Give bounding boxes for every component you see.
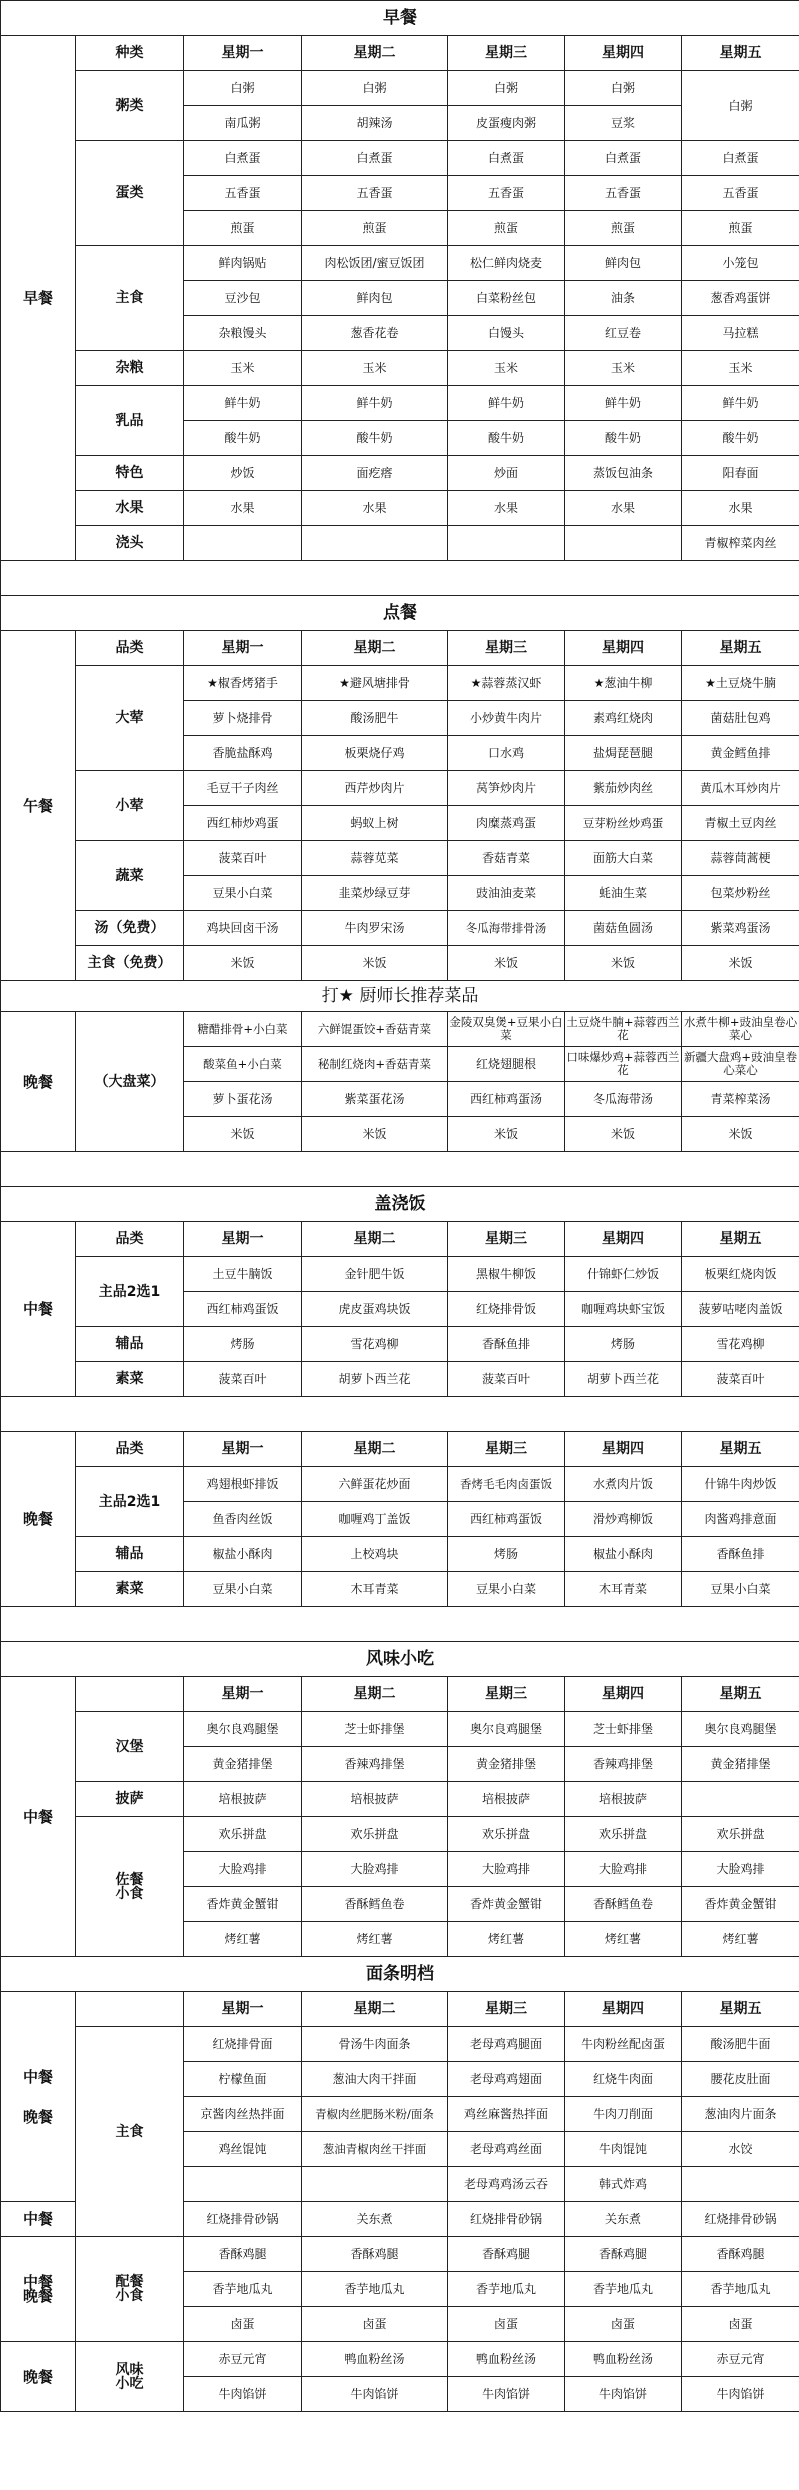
dish-cell: 烤红薯 [565,1922,682,1957]
dish-cell: 西芹炒肉片 [302,771,448,806]
dish-cell: ★椒香烤猪手 [184,666,302,701]
dish-cell: 椒盐小酥肉 [184,1537,302,1572]
day-header: 星期四 [565,1222,682,1257]
dish-cell: 土豆烧牛腩+蒜蓉西兰花 [565,1012,682,1047]
dish-cell: 青椒土豆肉丝 [682,806,799,841]
dish-cell: 烤肠 [448,1537,565,1572]
dish-cell: 滑炒鸡柳饭 [565,1502,682,1537]
dish-cell: 五香蛋 [184,176,302,211]
dish-cell: 香酥鸡腿 [448,2237,565,2272]
dish-cell: 培根披萨 [302,1782,448,1817]
dish-cell: 卤蛋 [184,2307,302,2342]
day-header: 星期三 [448,1432,565,1467]
table-row: 中餐星期一星期二星期三星期四星期五 [1,1677,799,1712]
day-header: 星期二 [302,1432,448,1467]
dish-cell: 鸡丝馄饨 [184,2132,302,2167]
dish-cell: 葱香鸡蛋饼 [682,281,799,316]
dish-cell: 玉米 [565,351,682,386]
table-row: 素菜豆果小白菜木耳青菜豆果小白菜木耳青菜豆果小白菜 [1,1572,799,1607]
table-row: 乳品鲜牛奶鲜牛奶鲜牛奶鲜牛奶鲜牛奶 [1,386,799,421]
day-header: 星期五 [682,1222,799,1257]
dish-cell: 米饭 [448,946,565,981]
dish-cell: 水果 [184,491,302,526]
dish-cell: 香芋地瓜丸 [682,2272,799,2307]
dish-cell: 鲜牛奶 [682,386,799,421]
dish-cell: 口水鸡 [448,736,565,771]
dish-cell: 木耳青菜 [302,1572,448,1607]
dish-cell: 酸牛奶 [302,421,448,456]
dish-cell: 胡辣汤 [302,106,448,141]
dish-cell: 炒面 [448,456,565,491]
spacer [1,1152,799,1187]
category-label: 乳品 [76,386,184,456]
dish-cell: 雪花鸡柳 [302,1327,448,1362]
table-row: 中餐晚餐星期一星期二星期三星期四星期五 [1,1992,799,2027]
dish-cell: 赤豆元宵 [184,2342,302,2377]
dish-cell: 香烤毛毛肉卤蛋饭 [448,1467,565,1502]
dish-cell: 牛肉馅饼 [302,2377,448,2412]
dish-cell: 鸭血粉丝汤 [302,2342,448,2377]
dish-cell: 牛肉馅饼 [682,2377,799,2412]
dish-cell: 五香蛋 [448,176,565,211]
dish-cell: 卤蛋 [565,2307,682,2342]
spacer [1,1607,799,1642]
dish-cell: 素鸡红烧肉 [565,701,682,736]
dish-cell: 菠菜百叶 [682,1362,799,1397]
dish-cell: 鸭血粉丝汤 [448,2342,565,2377]
dish-cell: 牛肉馅饼 [184,2377,302,2412]
dish-cell: 大脸鸡排 [184,1852,302,1887]
category-label: 主品2选1 [76,1257,184,1327]
dish-cell: 青椒榨菜肉丝 [682,526,799,561]
dish-cell: 肉酱鸡排意面 [682,1502,799,1537]
dish-cell: 大脸鸡排 [565,1852,682,1887]
dish-cell: 香炸黄金蟹钳 [448,1887,565,1922]
dish-cell: 黄金猪排堡 [184,1747,302,1782]
category-label: 佐餐小食 [76,1817,184,1957]
dish-cell: 京酱肉丝热拌面 [184,2097,302,2132]
dish-cell: 红烧排骨砂锅 [682,2202,799,2237]
dish-cell: 欢乐拼盘 [565,1817,682,1852]
dish-cell: 豆芽粉丝炒鸡蛋 [565,806,682,841]
dish-cell: 黄瓜木耳炒肉片 [682,771,799,806]
table-row: 粥类白粥白粥白粥白粥白粥 [1,71,799,106]
table-row: 辅品椒盐小酥肉上校鸡块烤肠椒盐小酥肉香酥鱼排 [1,1537,799,1572]
category-label: 主食 [76,2027,184,2237]
dish-cell: 鲜肉包 [565,246,682,281]
dish-cell: 什锦牛肉炒饭 [682,1467,799,1502]
dish-cell: 紫菜蛋花汤 [302,1082,448,1117]
table-row: 点餐 [1,596,799,631]
dish-cell: 五香蛋 [682,176,799,211]
dish-cell: 韭菜炒绿豆芽 [302,876,448,911]
day-header: 星期四 [565,36,682,71]
dish-cell: 米饭 [302,1117,448,1152]
table-row: 汉堡奥尔良鸡腿堡芝士虾排堡奥尔良鸡腿堡芝士虾排堡奥尔良鸡腿堡 [1,1712,799,1747]
category-label: （大盘菜） [76,1012,184,1152]
dish-cell: 葱油青椒肉丝干拌面 [302,2132,448,2167]
dish-cell: 秘制红烧肉+香菇青菜 [302,1047,448,1082]
dish-cell: 酸汤肥牛 [302,701,448,736]
dish-cell: 豆沙包 [184,281,302,316]
dish-cell: 欢乐拼盘 [184,1817,302,1852]
dish-cell: 烤红薯 [448,1922,565,1957]
dish-cell: 烤红薯 [302,1922,448,1957]
day-header: 星期五 [682,36,799,71]
dish-cell: 香芋地瓜丸 [565,2272,682,2307]
dish-cell: 杂粮馒头 [184,316,302,351]
table-row: 浇头青椒榨菜肉丝 [1,526,799,561]
dish-cell: 紫菜鸡蛋汤 [682,911,799,946]
dish-cell: 香辣鸡排堡 [565,1747,682,1782]
dish-cell: 豉油油麦菜 [448,876,565,911]
category-label: 披萨 [76,1782,184,1817]
dish-cell: 香酥鱼排 [682,1537,799,1572]
dish-cell: 酸牛奶 [682,421,799,456]
meal-label: 晚餐 [1,1012,76,1152]
dish-cell: 白粥 [184,71,302,106]
table-row: 主食（免费）米饭米饭米饭米饭米饭 [1,946,799,981]
dish-cell: 煎蛋 [184,211,302,246]
category-label: 小荤 [76,771,184,841]
section-title: 点餐 [1,596,799,631]
category-label: 辅品 [76,1537,184,1572]
meal-label: 午餐 [1,631,76,981]
dish-cell: 鸡翅根虾排饭 [184,1467,302,1502]
dish-cell: 牛肉刀削面 [565,2097,682,2132]
table-row [1,1607,799,1642]
dish-cell: 大脸鸡排 [448,1852,565,1887]
dish-cell: 水饺 [682,2132,799,2167]
dish-cell [448,526,565,561]
dish-cell: 什锦虾仁炒饭 [565,1257,682,1292]
section-title: 早餐 [1,1,799,36]
dish-cell: 鸡块回卤干汤 [184,911,302,946]
dish-cell: 卤蛋 [682,2307,799,2342]
dish-cell [302,526,448,561]
dish-cell: ★避风塘排骨 [302,666,448,701]
category-label: 浇头 [76,526,184,561]
dish-cell: ★葱油牛柳 [565,666,682,701]
dish-cell: 紫茄炒肉丝 [565,771,682,806]
dish-cell: ★蒜蓉蒸汉虾 [448,666,565,701]
dish-cell: 蒸饭包油条 [565,456,682,491]
dish-cell: 白馒头 [448,316,565,351]
dish-cell: 黄金猪排堡 [448,1747,565,1782]
dish-cell [302,2167,448,2202]
meal-label: 晚餐 [1,2342,76,2412]
day-header: 星期二 [302,1677,448,1712]
day-header: 星期二 [302,1222,448,1257]
day-header: 星期一 [184,1432,302,1467]
day-header: 星期五 [682,631,799,666]
table-row: 晚餐品类星期一星期二星期三星期四星期五 [1,1432,799,1467]
day-header: 星期五 [682,1432,799,1467]
dish-cell: 虎皮蛋鸡块饭 [302,1292,448,1327]
dish-cell: 米饭 [682,1117,799,1152]
dish-cell: 鲜牛奶 [184,386,302,421]
dish-cell [682,1782,799,1817]
dish-cell: 西红柿鸡蛋汤 [448,1082,565,1117]
table-row: 晚餐风味小吃赤豆元宵鸭血粉丝汤鸭血粉丝汤鸭血粉丝汤赤豆元宵 [1,2342,799,2377]
table-row: 主食鲜肉锅贴肉松饭团/蜜豆饭团松仁鲜肉烧麦鲜肉包小笼包 [1,246,799,281]
dish-cell: 小笼包 [682,246,799,281]
dish-cell: 香酥鸡腿 [565,2237,682,2272]
category-label: 蔬菜 [76,841,184,911]
dish-cell: 蒜蓉茼蒿梗 [682,841,799,876]
dish-cell: 葱油肉片面条 [682,2097,799,2132]
day-header: 星期三 [448,36,565,71]
menu-table: 早餐早餐种类星期一星期二星期三星期四星期五粥类白粥白粥白粥白粥白粥南瓜粥胡辣汤皮… [0,0,799,2412]
dish-cell: 六鲜蛋花炒面 [302,1467,448,1502]
table-row: 披萨培根披萨培根披萨培根披萨培根披萨 [1,1782,799,1817]
dish-cell: 冬瓜海带汤 [565,1082,682,1117]
dish-cell: 香酥鸡腿 [184,2237,302,2272]
day-header: 星期一 [184,631,302,666]
category-label: 汤（免费） [76,911,184,946]
dish-cell: 白煮蛋 [565,141,682,176]
dish-cell: 米饭 [184,946,302,981]
category-label: 辅品 [76,1327,184,1362]
dish-cell: 赤豆元宵 [682,2342,799,2377]
day-header: 星期一 [184,1222,302,1257]
dish-cell: 香菇青菜 [448,841,565,876]
dish-cell: 香脆盐酥鸡 [184,736,302,771]
dish-cell: 米饭 [184,1117,302,1152]
dish-cell: 奥尔良鸡腿堡 [184,1712,302,1747]
dish-cell: 萝卜蛋花汤 [184,1082,302,1117]
dish-cell: 水煮牛柳+豉油皇卷心菜心 [682,1012,799,1047]
dish-cell: 芝士虾排堡 [302,1712,448,1747]
meal-label: 早餐 [1,36,76,561]
dish-cell: 红烧翅腿根 [448,1047,565,1082]
dish-cell: 五香蛋 [565,176,682,211]
dish-cell: 牛肉粉丝配卤蛋 [565,2027,682,2062]
day-header: 星期五 [682,1677,799,1712]
dish-cell: 五香蛋 [302,176,448,211]
dish-cell: 新疆大盘鸡+豉油皇卷心菜心 [682,1047,799,1082]
dish-cell: 煎蛋 [565,211,682,246]
dish-cell: 马拉糕 [682,316,799,351]
dish-cell: 煎蛋 [448,211,565,246]
dish-cell: 米饭 [565,1117,682,1152]
dish-cell: 关东煮 [302,2202,448,2237]
dish-cell: 黑椒牛柳饭 [448,1257,565,1292]
day-header: 星期四 [565,631,682,666]
dish-cell: 金针肥牛饭 [302,1257,448,1292]
dish-cell: 葱香花卷 [302,316,448,351]
table-row: 素菜菠菜百叶胡萝卜西兰花菠菜百叶胡萝卜西兰花菠菜百叶 [1,1362,799,1397]
dish-cell: ★土豆烧牛腩 [682,666,799,701]
dish-cell: 酸菜鱼+小白菜 [184,1047,302,1082]
dish-cell: 奥尔良鸡腿堡 [448,1712,565,1747]
dish-cell: 西红柿鸡蛋饭 [448,1502,565,1537]
dish-cell: 红烧排骨面 [184,2027,302,2062]
dish-cell: 培根披萨 [565,1782,682,1817]
dish-cell: 水果 [448,491,565,526]
dish-cell: 椒盐小酥肉 [565,1537,682,1572]
dish-cell: 欢乐拼盘 [448,1817,565,1852]
dish-cell: 卤蛋 [302,2307,448,2342]
dish-cell: 欢乐拼盘 [682,1817,799,1852]
dish-cell: 香炸黄金蟹钳 [184,1887,302,1922]
dish-cell: 培根披萨 [184,1782,302,1817]
dish-cell: 白粥 [448,71,565,106]
day-header: 星期二 [302,631,448,666]
dish-cell: 老母鸡鸡汤云吞 [448,2167,565,2202]
dish-cell: 白煮蛋 [184,141,302,176]
table-row: 主食红烧排骨面骨汤牛肉面条老母鸡鸡腿面牛肉粉丝配卤蛋酸汤肥牛面 [1,2027,799,2062]
category-header: 品类 [76,631,184,666]
dish-cell: 鲜牛奶 [448,386,565,421]
dish-cell [184,526,302,561]
dish-cell: 水果 [565,491,682,526]
table-row: 中餐晚餐配餐小食香酥鸡腿香酥鸡腿香酥鸡腿香酥鸡腿香酥鸡腿 [1,2237,799,2272]
section-title: 盖浇饭 [1,1187,799,1222]
table-row: 辅品烤肠雪花鸡柳香酥鱼排烤肠雪花鸡柳 [1,1327,799,1362]
dish-cell: 奥尔良鸡腿堡 [682,1712,799,1747]
dish-cell: 红烧排骨砂锅 [184,2202,302,2237]
category-label: 大荤 [76,666,184,771]
dish-cell: 玉米 [184,351,302,386]
table-row: 面条明档 [1,1957,799,1992]
dish-cell: 板栗红烧肉饭 [682,1257,799,1292]
dish-cell: 黄金鳕鱼排 [682,736,799,771]
meal-label: 中餐 [1,1222,76,1397]
dish-cell: 肉松饭团/蜜豆饭团 [302,246,448,281]
category-label: 蛋类 [76,141,184,246]
meal-label: 晚餐 [1,1432,76,1607]
day-header: 星期四 [565,1677,682,1712]
table-row: 主品2选1土豆牛腩饭金针肥牛饭黑椒牛柳饭什锦虾仁炒饭板栗红烧肉饭 [1,1257,799,1292]
table-row: 盖浇饭 [1,1187,799,1222]
category-label: 主食（免费） [76,946,184,981]
dish-cell: 老母鸡鸡翅面 [448,2062,565,2097]
table-row: 水果水果水果水果水果水果 [1,491,799,526]
category-header [76,1677,184,1712]
dish-cell: 口味爆炒鸡+蒜蓉西兰花 [565,1047,682,1082]
dish-cell: 骨汤牛肉面条 [302,2027,448,2062]
dish-cell: 烤肠 [565,1327,682,1362]
dish-cell: 鲜肉锅贴 [184,246,302,281]
category-label: 汉堡 [76,1712,184,1782]
dish-cell: 香辣鸡排堡 [302,1747,448,1782]
dish-cell: 盐焗琵琶腿 [565,736,682,771]
table-row [1,1397,799,1432]
dish-cell: 大脸鸡排 [302,1852,448,1887]
dish-cell: 白煮蛋 [302,141,448,176]
dish-cell: 白粥 [302,71,448,106]
dish-cell: 关东煮 [565,2202,682,2237]
day-header: 星期三 [448,631,565,666]
table-row: 打★ 厨师长推荐菜品 [1,981,799,1012]
dish-cell: 柠檬鱼面 [184,2062,302,2097]
table-row: 佐餐小食欢乐拼盘欢乐拼盘欢乐拼盘欢乐拼盘欢乐拼盘 [1,1817,799,1852]
dish-cell: 松仁鲜肉烧麦 [448,246,565,281]
dish-cell: 培根披萨 [448,1782,565,1817]
dish-cell: 毛豆干子肉丝 [184,771,302,806]
dish-cell: 莴笋炒肉片 [448,771,565,806]
dish-cell: 鲜肉包 [302,281,448,316]
day-header: 星期一 [184,1992,302,2027]
table-row: 中餐品类星期一星期二星期三星期四星期五 [1,1222,799,1257]
dish-cell: 阳春面 [682,456,799,491]
dish-cell: 牛肉馅饼 [565,2377,682,2412]
table-row [1,561,799,596]
dish-cell [682,2167,799,2202]
dish-cell: 糖醋排骨+小白菜 [184,1012,302,1047]
dish-cell: 豆果小白菜 [682,1572,799,1607]
section-title: 风味小吃 [1,1642,799,1677]
dish-cell: 烤肠 [184,1327,302,1362]
category-header: 种类 [76,36,184,71]
dish-cell: 胡萝卜西兰花 [565,1362,682,1397]
dish-cell: 鲜牛奶 [565,386,682,421]
dish-cell [184,2167,302,2202]
day-header: 星期三 [448,1222,565,1257]
dish-cell: 木耳青菜 [565,1572,682,1607]
day-header: 星期三 [448,1992,565,2027]
table-row: 早餐种类星期一星期二星期三星期四星期五 [1,36,799,71]
dish-cell: 油条 [565,281,682,316]
dish-cell: 米饭 [448,1117,565,1152]
table-row: 小荤毛豆干子肉丝西芹炒肉片莴笋炒肉片紫茄炒肉丝黄瓜木耳炒肉片 [1,771,799,806]
dish-cell: 玉米 [682,351,799,386]
dish-cell: 白粥 [682,71,799,141]
table-row: 风味小吃 [1,1642,799,1677]
dish-cell [565,526,682,561]
dish-cell: 煎蛋 [682,211,799,246]
dish-cell: 蚂蚁上树 [302,806,448,841]
dish-cell: 鱼香肉丝饭 [184,1502,302,1537]
dish-cell: 芝士虾排堡 [565,1712,682,1747]
dish-cell: 烤红薯 [682,1922,799,1957]
table-row: 大荤★椒香烤猪手★避风塘排骨★蒜蓉蒸汉虾★葱油牛柳★土豆烧牛腩 [1,666,799,701]
category-label: 特色 [76,456,184,491]
recommend-note: 打★ 厨师长推荐菜品 [1,981,799,1012]
dish-cell: 肉糜蒸鸡蛋 [448,806,565,841]
dish-cell: 欢乐拼盘 [302,1817,448,1852]
dish-cell: 金陵双臭煲+豆果小白菜 [448,1012,565,1047]
dish-cell: 菠菜百叶 [184,841,302,876]
dish-cell: 香芋地瓜丸 [302,2272,448,2307]
table-row [1,1152,799,1187]
meal-label: 中餐晚餐 [1,1992,76,2202]
dish-cell: 豆果小白菜 [448,1572,565,1607]
category-label: 风味小吃 [76,2342,184,2412]
dish-cell: 卤蛋 [448,2307,565,2342]
dish-cell: 面疙瘩 [302,456,448,491]
day-header: 星期二 [302,1992,448,2027]
meal-label: 中餐 [1,2202,76,2237]
dish-cell: 水果 [682,491,799,526]
dish-cell: 白煮蛋 [682,141,799,176]
dish-cell: 土豆牛腩饭 [184,1257,302,1292]
dish-cell: 米饭 [302,946,448,981]
dish-cell: 米饭 [682,946,799,981]
dish-cell: 香芋地瓜丸 [448,2272,565,2307]
spacer [1,561,799,596]
day-header: 星期四 [565,1992,682,2027]
day-header: 星期五 [682,1992,799,2027]
dish-cell: 西红柿炒鸡蛋 [184,806,302,841]
dish-cell: 青菜榨菜汤 [682,1082,799,1117]
spacer [1,1397,799,1432]
table-row: 晚餐（大盘菜）糖醋排骨+小白菜六鲜馄蛋饺+香菇青菜金陵双臭煲+豆果小白菜土豆烧牛… [1,1012,799,1047]
category-label: 杂粮 [76,351,184,386]
table-row: 特色炒饭面疙瘩炒面蒸饭包油条阳春面 [1,456,799,491]
dish-cell: 牛肉馄饨 [565,2132,682,2167]
